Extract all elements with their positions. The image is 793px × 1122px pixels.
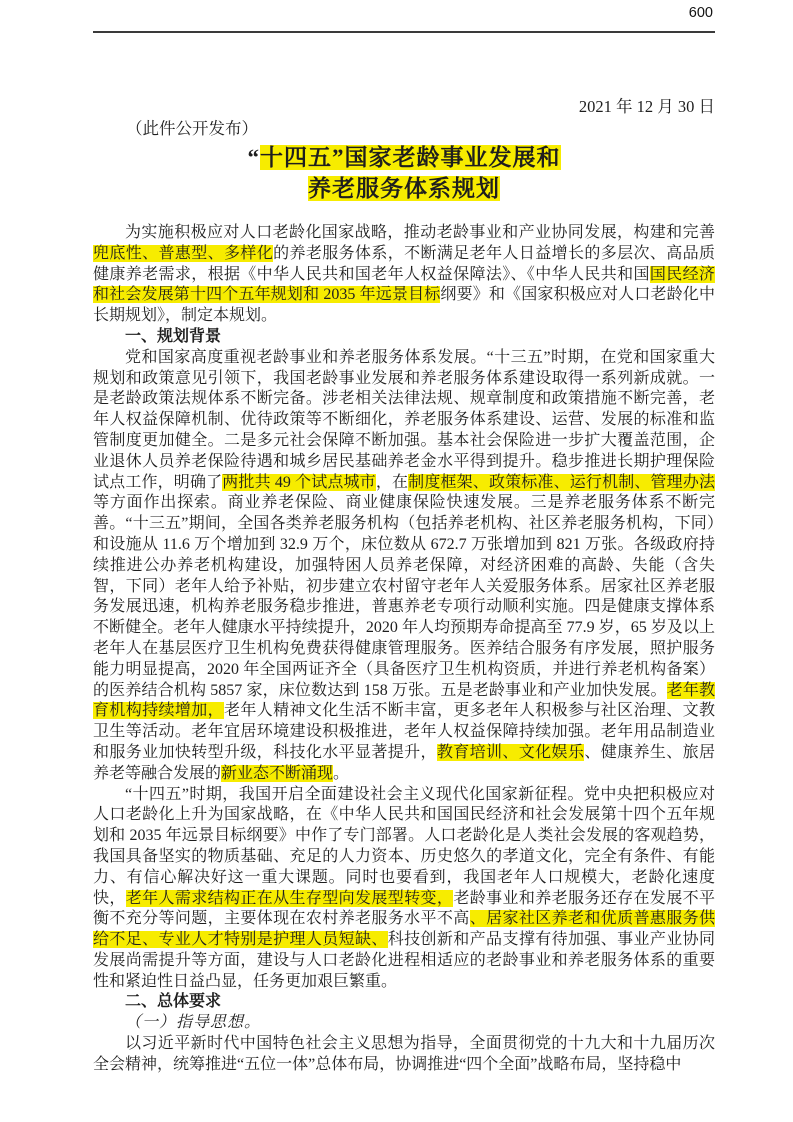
paragraph: “十四五”时期，我国开启全面建设社会主义现代化国家新征程。党中央把积极应对人口老…: [93, 785, 715, 993]
text-segment: 以习近平新时代中国特色社会主义思想为指导，全面贯彻党的十九大和十九届历次全会精神…: [93, 1035, 715, 1073]
highlighted-text: 制度框架、政策标准、运行机制、管理办法: [408, 474, 715, 491]
highlighted-text: 养老服务体系规划: [308, 176, 500, 201]
text-segment: “: [248, 145, 261, 170]
highlighted-text: 两批共 49 个试点城市: [222, 474, 376, 491]
document-date: 2021 年 12 月 30 日: [93, 96, 715, 117]
paragraph: 为实施积极应对人口老龄化国家战略，推动老龄事业和产业协同发展，构建和完善兜底性、…: [93, 223, 715, 327]
text-segment: 等方面作出探索。商业养老保险、商业健康保险快速发展。三是养老服务体系不断完善。“…: [93, 494, 715, 698]
document-page: 600 2021 年 12 月 30 日 （此件公开发布） “十四五”国家老龄事…: [0, 0, 793, 1122]
highlighted-text: 新业态不断涌现: [221, 765, 333, 782]
text-segment: 。: [333, 765, 349, 782]
highlighted-text: 兜底性、普惠型、多样化: [93, 245, 273, 262]
text-segment: 二、总体要求: [125, 993, 221, 1010]
page-number: 600: [93, 4, 715, 22]
header-rule: [93, 31, 715, 33]
text-segment: 为实施积极应对人口老龄化国家战略，推动老龄事业和产业协同发展，构建和完善: [125, 224, 715, 241]
paragraph: 党和国家高度重视老龄事业和养老服务体系发展。“十三五”时期，在党和国家重大规划和…: [93, 348, 715, 785]
text-segment: ，在: [376, 474, 408, 491]
text-segment: 一、规划背景: [125, 328, 221, 345]
text-segment: “十四五”时期，我国开启全面建设社会主义现代化国家新征程。党中央把积极应对人口老…: [93, 786, 715, 907]
publish-note: （此件公开发布）: [93, 118, 715, 139]
highlighted-text: 十四五”国家老龄事业发展和: [260, 145, 561, 170]
highlighted-text: 教育培训、文化娱乐: [437, 744, 584, 761]
section-subheading: （一）指导思想。: [93, 1013, 715, 1034]
highlighted-text: 老年人需求结构正在从生存型向发展型转变，: [126, 890, 454, 907]
document-title: “十四五”国家老龄事业发展和养老服务体系规划: [93, 142, 715, 204]
section-heading: 二、总体要求: [93, 992, 715, 1013]
document-body: 为实施积极应对人口老龄化国家战略，推动老龄事业和产业协同发展，构建和完善兜底性、…: [93, 223, 715, 1076]
text-segment: （一）指导思想。: [125, 1014, 261, 1031]
title-line: “十四五”国家老龄事业发展和: [93, 142, 715, 173]
section-heading: 一、规划背景: [93, 327, 715, 348]
title-line: 养老服务体系规划: [93, 173, 715, 204]
paragraph: 以习近平新时代中国特色社会主义思想为指导，全面贯彻党的十九大和十九届历次全会精神…: [93, 1034, 715, 1076]
text-segment: 党和国家高度重视老龄事业和养老服务体系发展。“十三五”时期，在党和国家重大规划和…: [93, 349, 715, 491]
